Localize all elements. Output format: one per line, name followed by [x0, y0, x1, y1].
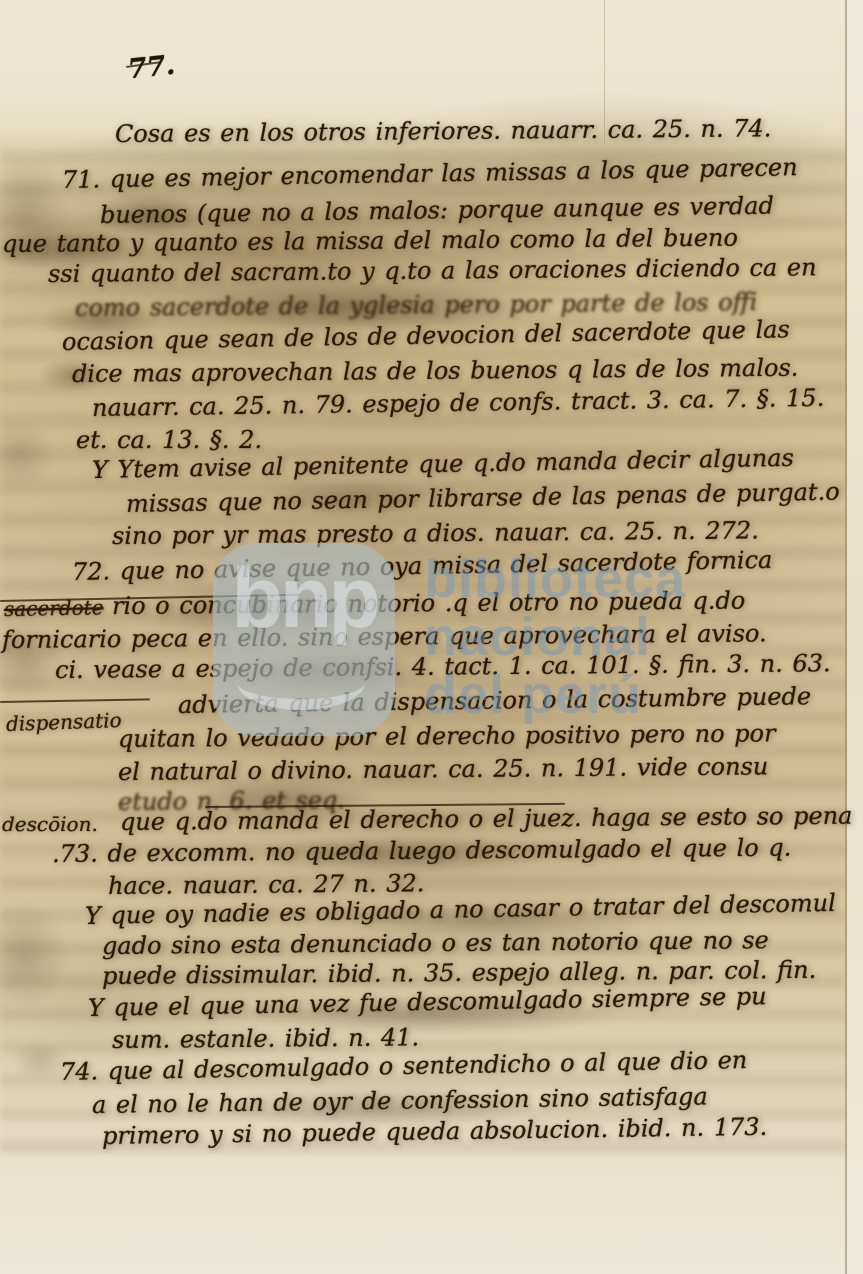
manuscript-line: como sacerdote de la yglesia pero por pa…	[75, 290, 758, 320]
manuscript-line: sum. estanle. ibid. n. 41.	[112, 1025, 419, 1052]
watermark-text-line: nacional	[424, 610, 651, 664]
watermark-text-line: del perú	[424, 668, 642, 722]
manuscript-line: el natural o divino. nauar. ca. 25. n. 1…	[118, 754, 769, 784]
manuscript-line: que tanto y quanto es la missa del malo …	[2, 226, 738, 256]
manuscript-line: et. ca. 13. §. 2.	[76, 428, 262, 452]
page-edge-margin	[847, 0, 863, 1274]
manuscript-line: ssi quanto del sacram.to y q.to a las or…	[48, 255, 817, 286]
manuscript-line: dice mas aprovechan las de los buenos q …	[72, 356, 799, 386]
bnp-logo-letters: bnp	[231, 549, 377, 648]
margin-note: dispensatio	[6, 708, 122, 736]
watermark-text-line: biblioteca	[424, 552, 686, 606]
manuscript-line: quitan lo vedado por el derecho positivo…	[118, 721, 776, 751]
margin-note: descōion.	[2, 812, 98, 836]
bnp-logo-swoosh-icon	[237, 655, 365, 710]
manuscript-line: sino por yr mas presto a dios. nauar. ca…	[112, 518, 759, 548]
manuscript-line: Cosa es en los otros inferiores. nauarr.…	[115, 116, 772, 146]
manuscript-line: hace. nauar. ca. 27 n. 32.	[108, 871, 425, 898]
manuscript-line: que q.do manda el derecho o el juez. hag…	[120, 804, 853, 834]
folio-number: 77.	[127, 50, 177, 86]
manuscript-line: gado sino esta denunciado o es tan notor…	[102, 928, 769, 958]
manuscript-line: .73. de excomm. no queda luego descomulg…	[52, 836, 792, 866]
bnp-logo: bnp	[213, 543, 395, 736]
manuscript-page: 77. Cosa es en los otros inferiores. nau…	[0, 0, 863, 1274]
